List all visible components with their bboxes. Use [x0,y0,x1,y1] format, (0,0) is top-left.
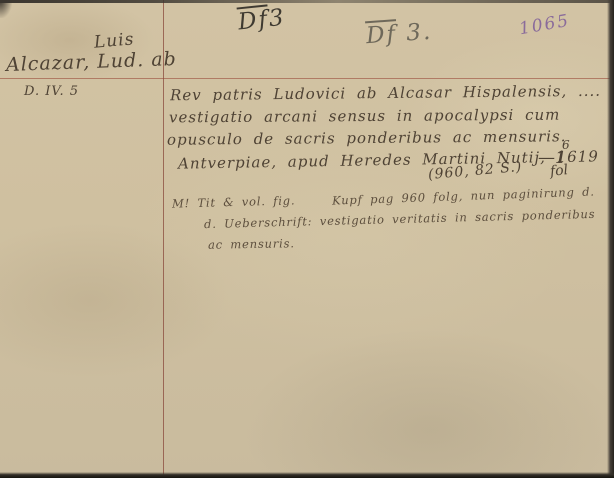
note-line-1a: M! Tit & vol. fig. [172,193,296,210]
title-line-2: vestigatio arcani sensus in apocalypsi c… [169,106,560,127]
shelfmark-pencil-letters: Df [365,21,398,49]
title-line-3: opusculo de sacris ponderibus ac mensuri… [167,127,567,148]
shelfmark-ink-number: 3 [268,5,287,33]
note-line-3: ac mensuris. [208,236,295,252]
note-line-1b: Kupf pag 960 folg, nun paginirung d. [332,184,595,207]
scan-edge-top [0,0,614,3]
scan-edge-bottom [0,472,614,478]
author-heading: Alcazar, Lud. ab [6,48,177,76]
format-note: —1 6 fol [538,141,588,187]
shelfmark-pencil-number: 3. [405,19,433,47]
catalog-card-scan: Luis Alcazar, Lud. ab Df3 Df 3. 1065 D. … [0,0,614,478]
format-superscript: 6 [562,138,570,152]
shelfmark-ink-letters: Df [237,6,271,35]
format-unit: fol [549,162,569,180]
shelfmark-ink: Df3 [237,5,287,36]
accession-number: 1065 [518,11,572,40]
scan-edge-right [607,0,614,478]
imprint-line: Antverpiae, apud Heredes Martini Nutij, … [178,147,599,172]
shelfmark-pencil: Df 3. [365,19,433,50]
shelfmark-left-column: D. IV. 5 [24,84,79,99]
ruled-line-vertical [163,0,164,478]
ruled-line-horizontal [0,78,614,79]
note-line-2: d. Ueberschrift: vestigatio veritatis in… [204,207,596,231]
title-line-1: Rev patris Ludovici ab Alcasar Hispalens… [170,82,601,105]
